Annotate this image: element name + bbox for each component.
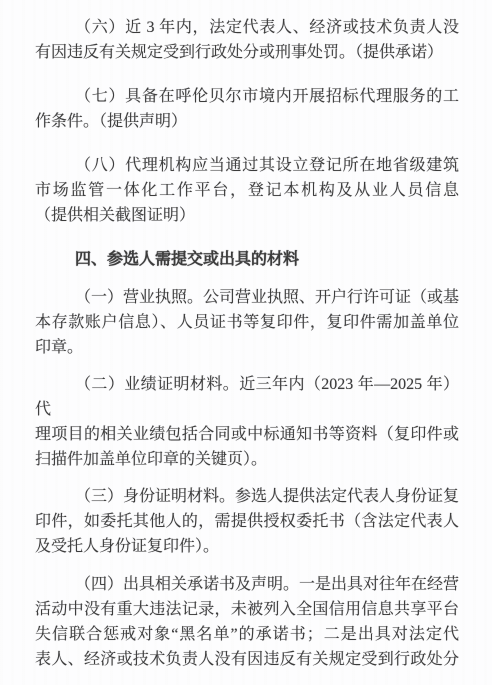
text-line: 印章。	[35, 335, 459, 360]
text-line: 表人、经济或技术负责人没有因违反有关规定受到行政处分	[35, 647, 459, 672]
text-line: 活动中没有重大违法记录，未被列入全国信用信息共享平台	[35, 597, 459, 622]
text-line: 扫描件加盖单位印章的关键页）。	[35, 447, 459, 472]
section-heading-text: 四、参选人需提交或出具的材料	[35, 247, 459, 272]
document-page: （六）近 3 年内，法定代表人、经济或技术负责人没 有因违反有关规定受到行政处分…	[0, 0, 492, 685]
paragraph-item-8: （八）代理机构应当通过其设立登记所在地省级建筑 市场监管一体化工作平台，登记本机…	[35, 153, 459, 228]
paragraph-item-3: （三）身份证明材料。参选人提供法定代表人身份证复 印件，如委托其他人的，需提供授…	[35, 484, 459, 559]
text-line: 本存款账户信息）、人员证书等复印件，复印件需加盖单位	[35, 310, 459, 335]
text-line: 市场监管一体化工作平台，登记本机构及从业人员信息	[35, 178, 459, 203]
paragraph-item-7: （七）具备在呼伦贝尔市境内开展招标代理服务的工 作条件。（提供声明）	[35, 84, 459, 134]
text-line: （七）具备在呼伦贝尔市境内开展招标代理服务的工	[35, 84, 459, 109]
text-line: 理项目的相关业绩包括合同或中标通知书等资料（复印件或	[35, 422, 459, 447]
text-line: 有因违反有关规定受到行政处分或刑事处罚。（提供承诺）	[35, 40, 459, 65]
text-line: 印件，如委托其他人的，需提供授权委托书（含法定代表人	[35, 509, 459, 534]
paragraph-item-2: （二）业绩证明材料。近三年内（2023 年—2025 年）代 理项目的相关业绩包…	[35, 372, 459, 472]
text-line: 作条件。（提供声明）	[35, 109, 459, 134]
paragraph-item-1: （一）营业执照。公司营业执照、开户行许可证（或基 本存款账户信息）、人员证书等复…	[35, 285, 459, 360]
text-line: （二）业绩证明材料。近三年内（2023 年—2025 年）代	[35, 372, 459, 422]
text-line: （提供相关截图证明）	[35, 203, 459, 228]
text-line: （四）出具相关承诺书及声明。一是出具对往年在经营	[35, 572, 459, 597]
text-line: （三）身份证明材料。参选人提供法定代表人身份证复	[35, 484, 459, 509]
text-line: 及受托人身份证复印件）。	[35, 534, 459, 559]
text-line: （八）代理机构应当通过其设立登记所在地省级建筑	[35, 153, 459, 178]
text-line: （六）近 3 年内，法定代表人、经济或技术负责人没	[35, 15, 459, 40]
text-line: （一）营业执照。公司营业执照、开户行许可证（或基	[35, 285, 459, 310]
text-line: 失信联合惩戒对象“黑名单”的承诺书；二是出具对法定代	[35, 622, 459, 647]
paragraph-item-4: （四）出具相关承诺书及声明。一是出具对往年在经营 活动中没有重大违法记录，未被列…	[35, 572, 459, 672]
paragraph-item-6: （六）近 3 年内，法定代表人、经济或技术负责人没 有因违反有关规定受到行政处分…	[35, 15, 459, 65]
section-heading: 四、参选人需提交或出具的材料	[35, 247, 459, 272]
